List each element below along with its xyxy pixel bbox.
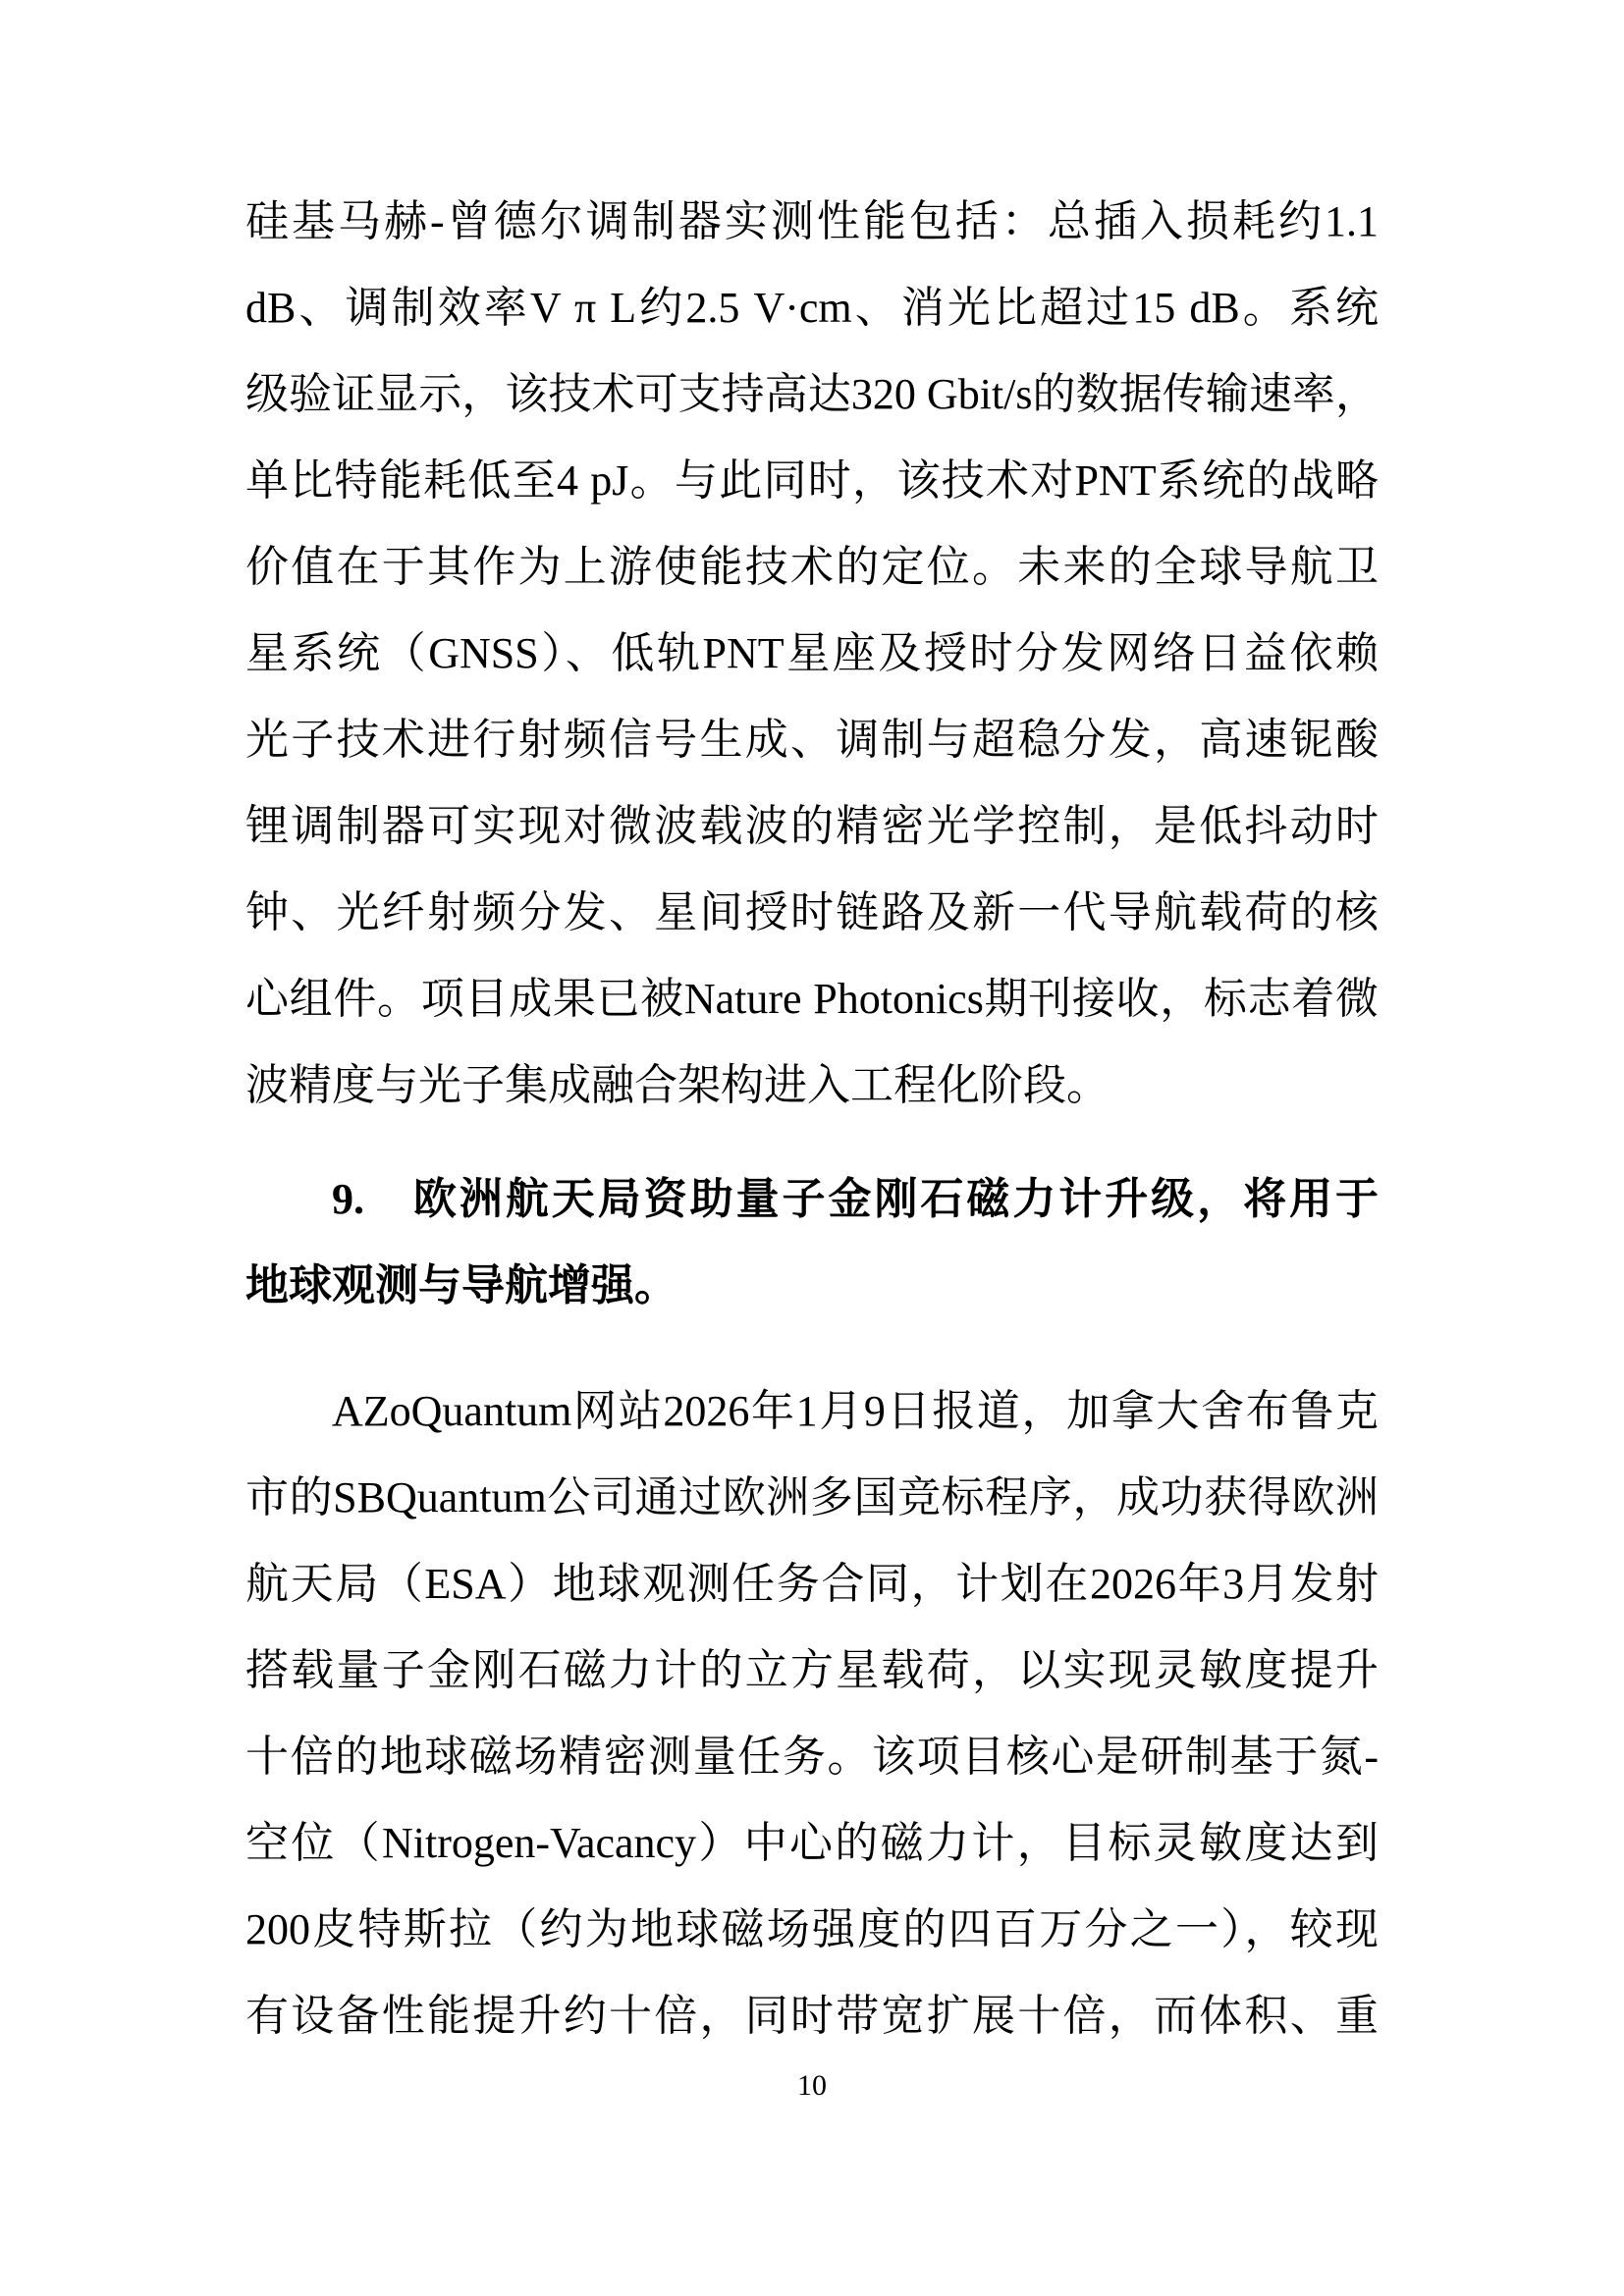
document-page: 硅基马赫-曾德尔调制器实测性能包括：总插入损耗约1.1 dB、调制效率V π L…	[0, 0, 1624, 2296]
heading-line: 9. 欧洲航天局资助量子金刚石磁力计升级，将用于	[245, 1156, 1379, 1243]
text-line: 空位（Nitrogen-Vacancy）中心的磁力计，目标灵敏度达到	[245, 1800, 1379, 1887]
text-line: 市的SBQuantum公司通过欧洲多国竞标程序，成功获得欧洲	[245, 1455, 1379, 1541]
text-line: 钟、光纤射频分发、星间授时链路及新一代导航载荷的核	[245, 870, 1379, 956]
text-line: 星系统（GNSS）、低轨PNT星座及授时分发网络日益依赖	[245, 611, 1379, 697]
text-line: 价值在于其作为上游使能技术的定位。未来的全球导航卫	[245, 524, 1379, 611]
text-line: dB、调制效率V π L约2.5 V·cm、消光比超过15 dB。系统	[245, 265, 1379, 351]
text-line: 光子技术进行射频信号生成、调制与超稳分发，高速铌酸	[245, 697, 1379, 783]
text-line: 200皮特斯拉（约为地球磁场强度的四百万分之一），较现	[245, 1887, 1379, 1973]
paragraph-2: AZoQuantum网站2026年1月9日报道，加拿大舍布鲁克 市的SBQuan…	[245, 1368, 1379, 2059]
text-line: 航天局（ESA）地球观测任务合同，计划在2026年3月发射	[245, 1541, 1379, 1628]
text-line: 锂调制器可实现对微波载波的精密光学控制，是低抖动时	[245, 783, 1379, 870]
text-line: 硅基马赫-曾德尔调制器实测性能包括：总插入损耗约1.1	[245, 179, 1379, 265]
text-line: 有设备性能提升约十倍，同时带宽扩展十倍，而体积、重	[245, 1973, 1379, 2059]
text-line: 十倍的地球磁场精密测量任务。该项目核心是研制基于氮-	[245, 1714, 1379, 1800]
text-line: 搭载量子金刚石磁力计的立方星载荷，以实现灵敏度提升	[245, 1628, 1379, 1714]
text-line: 心组件。项目成果已被Nature Photonics期刊接收，标志着微	[245, 956, 1379, 1042]
text-block: 硅基马赫-曾德尔调制器实测性能包括：总插入损耗约1.1 dB、调制效率V π L…	[245, 179, 1379, 2059]
paragraph-1: 硅基马赫-曾德尔调制器实测性能包括：总插入损耗约1.1 dB、调制效率V π L…	[245, 179, 1379, 1129]
section-heading-9: 9. 欧洲航天局资助量子金刚石磁力计升级，将用于 地球观测与导航增强。	[245, 1156, 1379, 1329]
text-line: AZoQuantum网站2026年1月9日报道，加拿大舍布鲁克	[245, 1368, 1379, 1455]
text-line: 级验证显示，该技术可支持高达320 Gbit/s的数据传输速率，	[245, 351, 1379, 438]
page-number: 10	[245, 2059, 1379, 2112]
text-line: 单比特能耗低至4 pJ。与此同时，该技术对PNT系统的战略	[245, 438, 1379, 524]
text-line: 波精度与光子集成融合架构进入工程化阶段。	[245, 1042, 1379, 1129]
heading-line: 地球观测与导航增强。	[245, 1243, 1379, 1329]
